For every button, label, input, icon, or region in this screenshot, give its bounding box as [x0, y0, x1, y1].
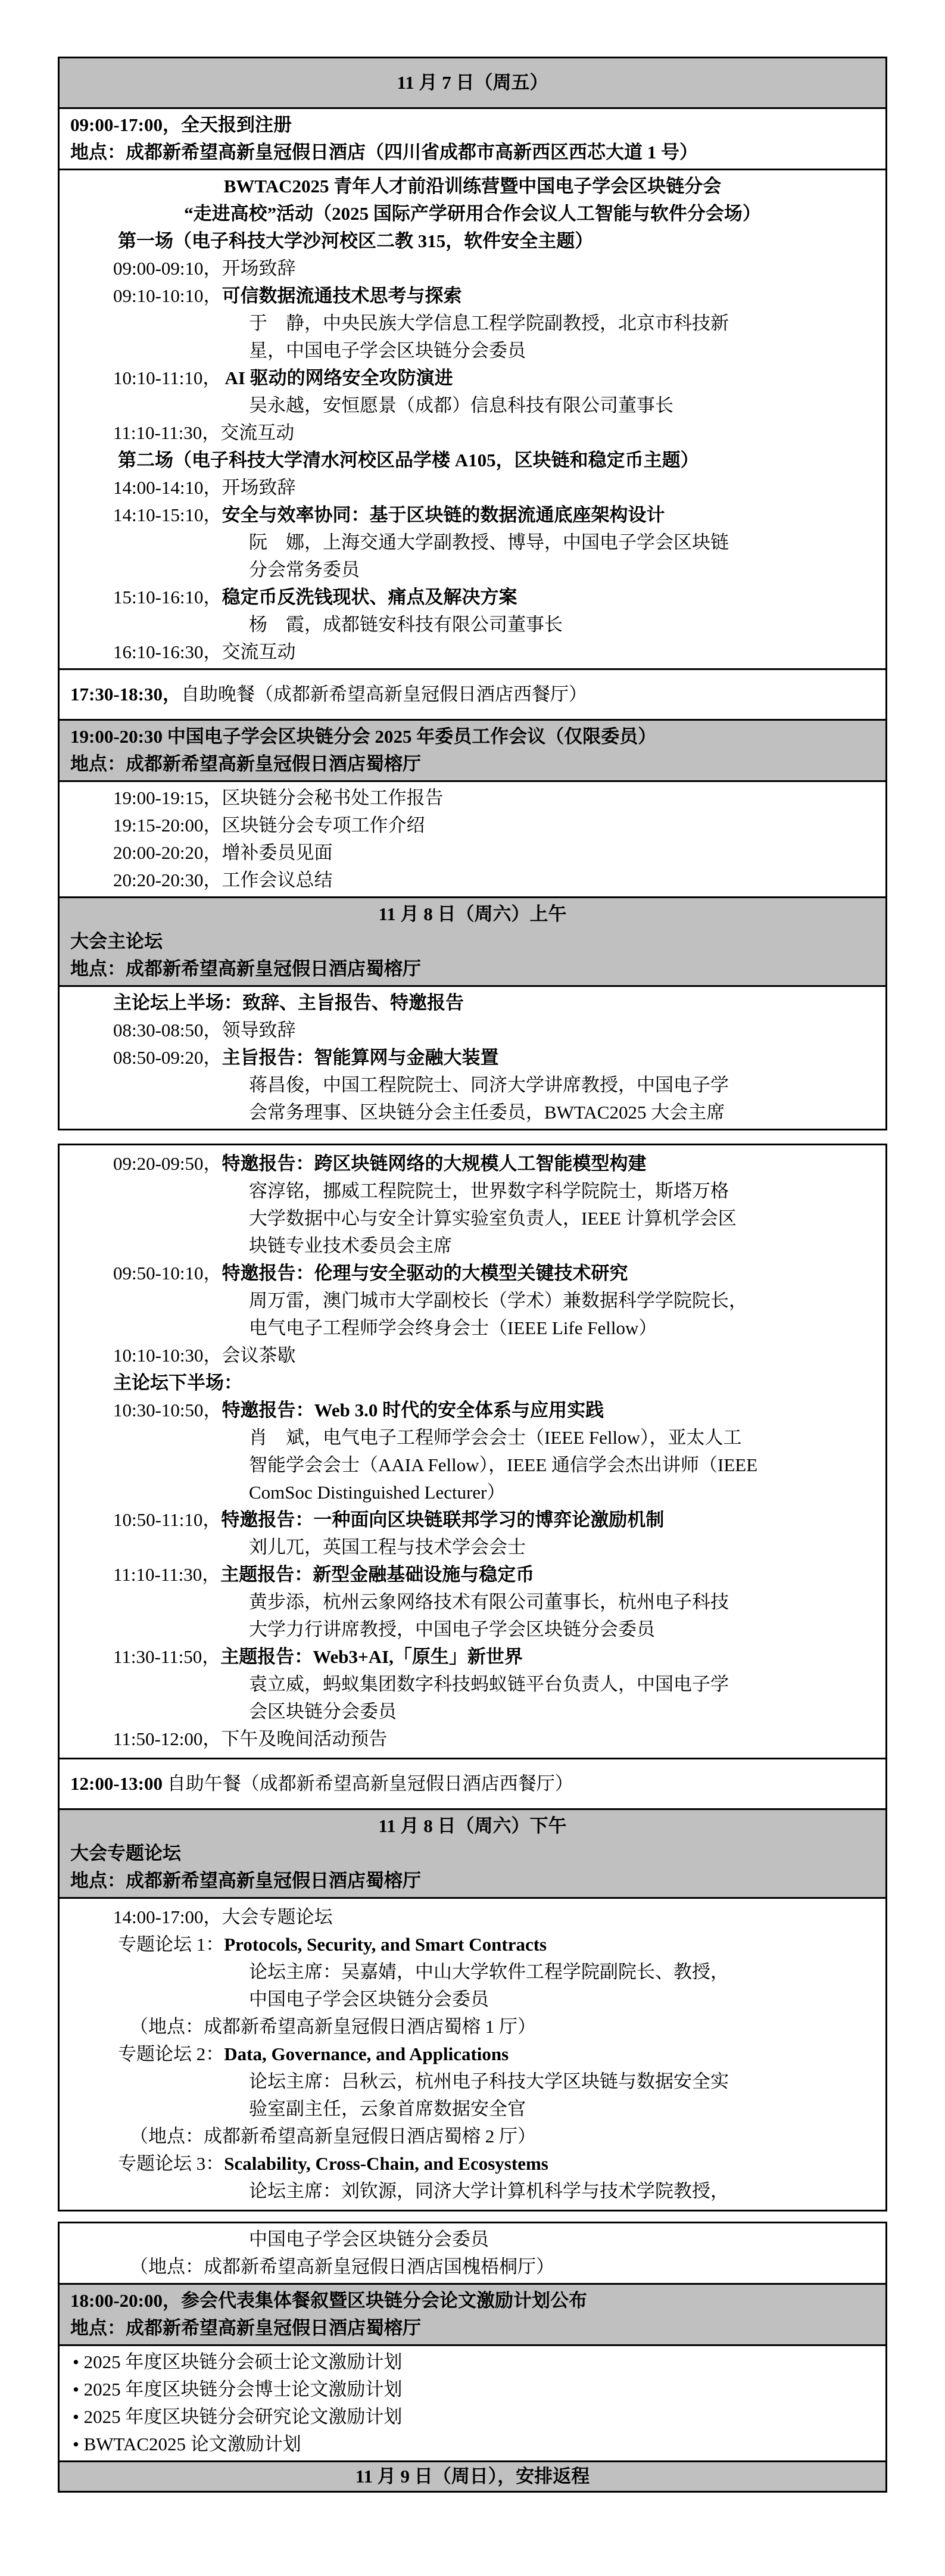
text-segment: 会区块链分会委员 [249, 1701, 397, 1722]
schedule-line: 11:10-11:30，交流互动 [60, 419, 885, 447]
text-segment: 11 月 8 日（周六）上午 [378, 904, 566, 924]
schedule-line: 20:00-20:20，增补委员见面 [60, 839, 885, 867]
schedule-line: 刘儿兀，英国工程与技术学会会士 [60, 1534, 885, 1561]
schedule-line: “走进高校”活动（2025 国际产学研用合作会议人工智能与软件分会场） [60, 200, 885, 228]
schedule-line: 容淳铭，挪威工程院院士，世界数字科学院院士，斯塔万格 [60, 1178, 885, 1205]
text-segment: 中国电子学会区块链分会委员 [249, 1989, 489, 2010]
text-segment: 大会主论坛 [70, 931, 163, 952]
text-segment: 大学力行讲席教授，中国电子学会区块链分会委员 [249, 1619, 655, 1640]
text-segment: 11 月 8 日（周六）下午 [378, 1815, 566, 1836]
text-segment: 肖 斌，电气电子工程师学会会士（IEEE Fellow），亚太人工 [249, 1427, 742, 1448]
date-header-row: 11 月 8 日（周六）下午大会专题论坛地点：成都新希望高新皇冠假日酒店蜀榕厅 [60, 1808, 885, 1897]
text-segment: • 2025 年度区块链分会硕士论文激励计划 [73, 2351, 402, 2372]
text-segment: 大学数据中心与安全计算实验室负责人，IEEE 计算机学会区 [249, 1208, 737, 1229]
schedule-line: 会常务理事、区块链分会主任委员，BWTAC2025 大会主席 [60, 1099, 885, 1126]
schedule-line: 10:50-11:10，特邀报告：一种面向区块链联邦学习的博弈论激励机制 [60, 1506, 885, 1534]
schedule-line: • BWTAC2025 论文激励计划 [60, 2431, 885, 2458]
text-segment: 阮 娜，上海交通大学副教授、博导，中国电子学会区块链 [249, 532, 729, 553]
text-segment: 杨 霞，成都链安科技有限公司董事长 [249, 614, 563, 635]
text-segment: 大会专题论坛 [70, 1843, 181, 1864]
schedule-line: 智能学会会士（AAIA Fellow），IEEE 通信学会杰出讲师（IEEE [60, 1451, 885, 1479]
text-segment: 安全与效率协同：基于区块链的数据流通底座架构设计 [222, 504, 665, 525]
schedule-line: 论坛主席：刘钦源，同济大学计算机科学与技术学院教授， [60, 2178, 885, 2205]
forum3-continued-row: 中国电子学会区块链分会委员（地点：成都新希望高新皇冠假日酒店国槐梧桐厅） [60, 2223, 885, 2283]
schedule-line: 11:50-12:00，下午及晚间活动预告 [60, 1725, 885, 1753]
text-segment: 10:10-11:10， [113, 367, 221, 388]
text-segment: 稳定币反洗钱现状、痛点及解决方案 [222, 587, 517, 608]
schedule-line: 论坛主席：吕秋云，杭州电子科技大学区块链与数据安全实 [60, 2068, 885, 2095]
conference-agenda-page: 11 月 7 日（周五）09:00-17:00，全天报到注册地点：成都新希望高新… [0, 0, 945, 2493]
text-segment: ComSoc Distinguished Lecturer） [249, 1482, 506, 1503]
text-segment: 19:15-20:00，区块链分会专项工作介绍 [113, 815, 425, 836]
text-segment: 10:50-11:10， [113, 1509, 221, 1530]
schedule-line: 主论坛下半场： [60, 1369, 885, 1397]
date-header-row: 11 月 7 日（周五） [60, 58, 885, 107]
schedule-line: （地点：成都新希望高新皇冠假日酒店蜀榕 2 厅） [60, 2123, 885, 2150]
text-segment: 可信数据流通技术思考与探索 [222, 285, 462, 306]
schedule-line: 电气电子工程师学会终身会士（IEEE Life Fellow） [60, 1315, 885, 1342]
schedule-line: 中国电子学会区块链分会委员 [60, 2226, 885, 2253]
schedule-line: BWTAC2025 青年人才前沿训练营暨中国电子学会区块链分会 [60, 173, 885, 200]
schedule-line: 周万雷，澳门城市大学副校长（学术）兼数据科学学院院长， [60, 1287, 885, 1315]
main-forum-continued-row: 09:20-09:50，特邀报告：跨区块链网络的大规模人工智能模型构建容淳铭，挪… [60, 1145, 885, 1758]
text-segment: AI 驱动的网络安全攻防演进 [221, 367, 453, 388]
schedule-line: 第一场（电子科技大学沙河校区二教 315，软件安全主题） [60, 228, 885, 255]
text-segment: （地点：成都新希望高新皇冠假日酒店国槐梧桐厅） [130, 2256, 554, 2277]
schedule-line: 11 月 8 日（周六）上午 [60, 901, 885, 928]
schedule-line: （地点：成都新希望高新皇冠假日酒店国槐梧桐厅） [60, 2253, 885, 2281]
text-segment: 验室副主任，云象首席数据安全官 [249, 2098, 526, 2119]
text-segment: 14:00-17:00，大会专题论坛 [113, 1907, 333, 1927]
schedule-line: 10:10-11:10， AI 驱动的网络安全攻防演进 [60, 365, 885, 392]
text-segment: 周万雷，澳门城市大学副校长（学术）兼数据科学学院院长， [249, 1290, 747, 1311]
schedule-line: 17:30-18:30，自助晚餐（成都新希望高新皇冠假日酒店西餐厅） [60, 681, 885, 708]
text-segment: 星，中国电子学会区块链分会委员 [249, 340, 526, 361]
agenda-block-3: 中国电子学会区块链分会委员（地点：成都新希望高新皇冠假日酒店国槐梧桐厅）18:0… [58, 2222, 887, 2493]
text-segment: 袁立威，蚂蚁集团数字科技蚂蚁链平台负责人，中国电子学 [249, 1674, 729, 1695]
schedule-line: 11 月 8 日（周六）下午 [60, 1812, 885, 1840]
schedule-line: 验室副主任，云象首席数据安全官 [60, 2095, 885, 2123]
schedule-line: 09:50-10:10，特邀报告：伦理与安全驱动的大模型关键技术研究 [60, 1260, 885, 1287]
schedule-line: • 2025 年度区块链分会博士论文激励计划 [60, 2376, 885, 2403]
text-segment: 09:10-10:10， [113, 285, 222, 306]
schedule-line: 吴永越，安恒愿景（成都）信息科技有限公司董事长 [60, 392, 885, 419]
text-segment: 专题论坛 1： [118, 1934, 224, 1955]
schedule-line: 12:00-13:00 自助午餐（成都新希望高新皇冠假日酒店西餐厅） [60, 1770, 885, 1798]
main-forum-first-half-row: 主论坛上半场：致辞、主旨报告、特邀报告08:30-08:50，领导致辞08:50… [60, 985, 885, 1129]
page-break-gap [58, 1130, 887, 1144]
schedule-line: 专题论坛 1：Protocols, Security, and Smart Co… [60, 1931, 885, 1958]
text-segment: 地点：成都新希望高新皇冠假日酒店蜀榕厅 [70, 753, 421, 774]
schedule-line: 14:00-17:00，大会专题论坛 [60, 1904, 885, 1931]
text-segment: 主题报告：新型金融基础设施与稳定币 [220, 1564, 534, 1585]
text-segment: 第二场（电子科技大学清水河校区品学楼 A105，区块链和稳定币主题） [118, 450, 699, 471]
text-segment: 15:10-16:10， [113, 587, 222, 608]
text-segment: 主题报告：Web3+AI,「原生」新世界 [220, 1646, 523, 1667]
text-segment: （地点：成都新希望高新皇冠假日酒店蜀榕 1 厅） [130, 2016, 536, 2037]
text-segment: 09:00-17:00，全天报到注册 [70, 114, 292, 135]
text-segment: 智能学会会士（AAIA Fellow），IEEE 通信学会杰出讲师（IEEE [249, 1454, 757, 1475]
text-segment: 11 月 9 日（周日），安排返程 [355, 2466, 590, 2487]
text-segment: 中国电子学会区块链分会委员 [249, 2229, 489, 2250]
schedule-line: ComSoc Distinguished Lecturer） [60, 1479, 885, 1506]
text-segment: 黄步添，杭州云象网络技术有限公司董事长，杭州电子科技 [249, 1591, 729, 1612]
text-segment: 特邀报告：跨区块链网络的大规模人工智能模型构建 [222, 1153, 647, 1174]
group-dinner-header-row: 18:00-20:00，参会代表集体餐叙暨区块链分会论文激励计划公布地点：成都新… [60, 2283, 885, 2344]
dinner-row: 17:30-18:30，自助晚餐（成都新希望高新皇冠假日酒店西餐厅） [60, 668, 885, 719]
text-segment: 刘儿兀，英国工程与技术学会会士 [249, 1537, 526, 1558]
schedule-line: 08:50-09:20，主旨报告：智能算网与金融大装置 [60, 1044, 885, 1071]
text-segment: • 2025 年度区块链分会研究论文激励计划 [73, 2406, 402, 2427]
text-segment: 10:30-10:50， [113, 1400, 222, 1421]
schedule-line: 15:10-16:10，稳定币反洗钱现状、痛点及解决方案 [60, 584, 885, 611]
schedule-line: 块链专业技术委员会主席 [60, 1232, 885, 1260]
text-segment: 19:00-19:15，区块链分会秘书处工作报告 [113, 787, 444, 808]
text-segment: 会常务理事、区块链分会主任委员，BWTAC2025 大会主席 [249, 1102, 725, 1123]
text-segment: 块链专业技术委员会主席 [249, 1235, 452, 1256]
text-segment: 吴永越，安恒愿景（成都）信息科技有限公司董事长 [249, 395, 673, 416]
schedule-line: 会区块链分会委员 [60, 1698, 885, 1725]
text-segment: 11:30-11:50， [113, 1646, 220, 1667]
text-segment: 08:30-08:50，领导致辞 [113, 1020, 296, 1041]
text-segment: （地点：成都新希望高新皇冠假日酒店蜀榕 2 厅） [130, 2126, 536, 2147]
text-segment: 19:00-20:30 中国电子学会区块链分会 2025 年委员工作会议（仅限委… [70, 726, 656, 747]
text-segment: BWTAC2025 青年人才前沿训练营暨中国电子学会区块链分会 [224, 176, 722, 197]
text-segment: 主论坛下半场： [113, 1372, 242, 1393]
text-segment: “走进高校”活动（2025 国际产学研用合作会议人工智能与软件分会场） [184, 203, 761, 224]
schedule-line: 19:00-19:15，区块链分会秘书处工作报告 [60, 784, 885, 812]
schedule-line: 地点：成都新希望高新皇冠假日酒店蜀榕厅 [60, 2315, 885, 2342]
text-segment: 14:00-14:10，开场致辞 [113, 477, 296, 498]
text-segment: 主论坛上半场：致辞、主旨报告、特邀报告 [113, 992, 464, 1013]
schedule-line: 地点：成都新希望高新皇冠假日酒店蜀榕厅 [60, 750, 885, 778]
schedule-line: 20:20-20:30，工作会议总结 [60, 867, 885, 894]
text-segment: 16:10-16:30，交流互动 [113, 641, 296, 662]
schedule-line: 10:30-10:50，特邀报告：Web 3.0 时代的安全体系与应用实践 [60, 1397, 885, 1424]
schedule-line: 14:10-15:10，安全与效率协同：基于区块链的数据流通底座架构设计 [60, 502, 885, 529]
schedule-line: 于 静，中央民族大学信息工程学院副教授，北京市科技新 [60, 310, 885, 337]
schedule-line: 黄步添，杭州云象网络技术有限公司董事长，杭州电子科技 [60, 1588, 885, 1616]
page-break-gap [58, 2211, 887, 2222]
text-segment: 特邀报告：伦理与安全驱动的大模型关键技术研究 [222, 1263, 628, 1284]
text-segment: 11:10-11:30，交流互动 [113, 422, 294, 443]
schedule-line: 肖 斌，电气电子工程师学会会士（IEEE Fellow），亚太人工 [60, 1424, 885, 1451]
lunch-row: 12:00-13:00 自助午餐（成都新希望高新皇冠假日酒店西餐厅） [60, 1758, 885, 1808]
text-segment: 主旨报告：智能算网与金融大装置 [222, 1047, 499, 1068]
schedule-line: 19:15-20:00，区块链分会专项工作介绍 [60, 812, 885, 839]
text-segment: 09:00-09:10，开场致辞 [113, 258, 296, 279]
schedule-line: 论坛主席：吴嘉婧，中山大学软件工程学院副院长、教授， [60, 1958, 885, 1986]
text-segment: 自助午餐（成都新希望高新皇冠假日酒店西餐厅） [167, 1773, 573, 1794]
schedule-line: 09:10-10:10，可信数据流通技术思考与探索 [60, 282, 885, 310]
schedule-line: • 2025 年度区块链分会硕士论文激励计划 [60, 2348, 885, 2376]
schedule-line: 18:00-20:00，参会代表集体餐叙暨区块链分会论文激励计划公布 [60, 2287, 885, 2315]
date-header-row: 11 月 9 日（周日），安排返程 [60, 2460, 885, 2491]
schedule-line: 09:20-09:50，特邀报告：跨区块链网络的大规模人工智能模型构建 [60, 1150, 885, 1178]
text-segment: 专题论坛 2： [118, 2044, 224, 2064]
text-segment: 电气电子工程师学会终身会士（IEEE Life Fellow） [249, 1317, 657, 1338]
schedule-line: 09:00-17:00，全天报到注册 [60, 111, 885, 139]
schedule-line: 19:00-20:30 中国电子学会区块链分会 2025 年委员工作会议（仅限委… [60, 723, 885, 750]
schedule-line: 10:10-10:30，会议茶歇 [60, 1342, 885, 1369]
text-segment: 自助晚餐（成都新希望高新皇冠假日酒店西餐厅） [181, 684, 587, 705]
schedule-line: 大会专题论坛 [60, 1840, 885, 1867]
text-segment: 08:50-09:20， [113, 1047, 222, 1068]
schedule-line: 主论坛上半场：致辞、主旨报告、特邀报告 [60, 989, 885, 1017]
text-segment: 论坛主席：刘钦源，同济大学计算机科学与技术学院教授， [249, 2181, 729, 2201]
special-forums-row: 14:00-17:00，大会专题论坛专题论坛 1：Protocols, Secu… [60, 1897, 885, 2210]
schedule-line: 14:00-14:10，开场致辞 [60, 474, 885, 502]
text-segment: 地点：成都新希望高新皇冠假日酒店（四川省成都市高新西区西芯大道 1 号） [70, 142, 698, 163]
schedule-line: 杨 霞，成都链安科技有限公司董事长 [60, 611, 885, 638]
schedule-line: （地点：成都新希望高新皇冠假日酒店蜀榕 1 厅） [60, 2013, 885, 2041]
text-segment: 地点：成都新希望高新皇冠假日酒店蜀榕厅 [70, 2318, 421, 2338]
text-segment: 专题论坛 3： [118, 2153, 224, 2174]
schedule-line: • 2025 年度区块链分会研究论文激励计划 [60, 2403, 885, 2431]
schedule-line: 11 月 9 日（周日），安排返程 [60, 2463, 885, 2490]
committee-meeting-agenda-row: 19:00-19:15，区块链分会秘书处工作报告19:15-20:00，区块链分… [60, 780, 885, 896]
text-segment: 18:00-20:00，参会代表集体餐叙暨区块链分会论文激励计划公布 [70, 2290, 587, 2311]
schedule-line: 大学力行讲席教授，中国电子学会区块链分会委员 [60, 1616, 885, 1643]
text-segment: 地点：成都新希望高新皇冠假日酒店蜀榕厅 [70, 1870, 421, 1891]
text-segment: 分会常务委员 [249, 559, 360, 580]
committee-meeting-header-row: 19:00-20:30 中国电子学会区块链分会 2025 年委员工作会议（仅限委… [60, 719, 885, 780]
schedule-line: 大会主论坛 [60, 928, 885, 955]
text-segment: Data, Governance, and Applications [224, 2044, 509, 2064]
schedule-line: 阮 娜，上海交通大学副教授、博导，中国电子学会区块链 [60, 529, 885, 556]
schedule-line: 11:10-11:30，主题报告：新型金融基础设施与稳定币 [60, 1561, 885, 1588]
text-segment: • BWTAC2025 论文激励计划 [73, 2434, 301, 2454]
text-segment: 20:00-20:20，增补委员见面 [113, 842, 333, 863]
text-segment: 14:10-15:10， [113, 504, 222, 525]
text-segment: 10:10-10:30，会议茶歇 [113, 1345, 296, 1366]
text-segment: 20:20-20:30，工作会议总结 [113, 870, 333, 890]
text-segment: 特邀报告：一种面向区块链联邦学习的博弈论激励机制 [221, 1509, 664, 1530]
conference-agenda-table: 11 月 7 日（周五）09:00-17:00，全天报到注册地点：成都新希望高新… [58, 57, 887, 2493]
schedule-line: 袁立威，蚂蚁集团数字科技蚂蚁链平台负责人，中国电子学 [60, 1671, 885, 1698]
text-segment: 12:00-13:00 [70, 1773, 167, 1794]
schedule-line: 16:10-16:30，交流互动 [60, 638, 885, 666]
schedule-line: 09:00-09:10，开场致辞 [60, 255, 885, 282]
registration-row: 09:00-17:00，全天报到注册地点：成都新希望高新皇冠假日酒店（四川省成都… [60, 107, 885, 169]
schedule-line: 专题论坛 2：Data, Governance, and Application… [60, 2041, 885, 2068]
schedule-line: 蒋昌俊，中国工程院院士、同济大学讲席教授，中国电子学 [60, 1071, 885, 1099]
text-segment: 17:30-18:30， [70, 684, 181, 705]
text-segment: 于 静，中央民族大学信息工程学院副教授，北京市科技新 [249, 313, 729, 334]
text-segment: 地点：成都新希望高新皇冠假日酒店蜀榕厅 [70, 958, 421, 979]
date-header-row: 11 月 8 日（周六）上午大会主论坛地点：成都新希望高新皇冠假日酒店蜀榕厅 [60, 896, 885, 985]
text-segment: • 2025 年度区块链分会博士论文激励计划 [73, 2379, 402, 2400]
bwtac-campus-session-row: BWTAC2025 青年人才前沿训练营暨中国电子学会区块链分会“走进高校”活动（… [60, 169, 885, 668]
text-segment: Protocols, Security, and Smart Contracts [224, 1934, 547, 1955]
schedule-line: 分会常务委员 [60, 556, 885, 584]
text-segment: 特邀报告：Web 3.0 时代的安全体系与应用实践 [222, 1400, 604, 1421]
agenda-block-2: 09:20-09:50，特邀报告：跨区块链网络的大规模人工智能模型构建容淳铭，挪… [58, 1144, 887, 2211]
agenda-block-1: 11 月 7 日（周五）09:00-17:00，全天报到注册地点：成都新希望高新… [58, 57, 887, 1130]
schedule-line: 08:30-08:50，领导致辞 [60, 1017, 885, 1044]
text-segment: 论坛主席：吴嘉婧，中山大学软件工程学院副院长、教授， [249, 1961, 729, 1982]
text-segment: Scalability, Cross-Chain, and Ecosystems [224, 2153, 548, 2174]
schedule-line: 大学数据中心与安全计算实验室负责人，IEEE 计算机学会区 [60, 1205, 885, 1232]
text-segment: 09:50-10:10， [113, 1263, 222, 1284]
schedule-line: 地点：成都新希望高新皇冠假日酒店蜀榕厅 [60, 955, 885, 983]
schedule-line: 11 月 7 日（周五） [60, 69, 885, 96]
schedule-line: 第二场（电子科技大学清水河校区品学楼 A105，区块链和稳定币主题） [60, 447, 885, 474]
text-segment: 第一场（电子科技大学沙河校区二教 315，软件安全主题） [118, 230, 593, 251]
text-segment: 蒋昌俊，中国工程院院士、同济大学讲席教授，中国电子学 [249, 1074, 729, 1095]
schedule-line: 专题论坛 3：Scalability, Cross-Chain, and Eco… [60, 2150, 885, 2178]
schedule-line: 11:30-11:50，主题报告：Web3+AI,「原生」新世界 [60, 1643, 885, 1671]
text-segment: 容淳铭，挪威工程院院士，世界数字科学院院士，斯塔万格 [249, 1180, 729, 1201]
text-segment: 09:20-09:50， [113, 1153, 222, 1174]
text-segment: 11:10-11:30， [113, 1564, 220, 1585]
text-segment: 论坛主席：吕秋云，杭州电子科技大学区块链与数据安全实 [249, 2071, 729, 2092]
text-segment: 11 月 7 日（周五） [397, 72, 548, 93]
schedule-line: 星，中国电子学会区块链分会委员 [60, 337, 885, 365]
paper-awards-row: • 2025 年度区块链分会硕士论文激励计划• 2025 年度区块链分会博士论文… [60, 2344, 885, 2460]
schedule-line: 地点：成都新希望高新皇冠假日酒店蜀榕厅 [60, 1867, 885, 1895]
schedule-line: 地点：成都新希望高新皇冠假日酒店（四川省成都市高新西区西芯大道 1 号） [60, 139, 885, 166]
text-segment: 11:50-12:00，下午及晚间活动预告 [113, 1728, 387, 1749]
schedule-line: 中国电子学会区块链分会委员 [60, 1986, 885, 2013]
